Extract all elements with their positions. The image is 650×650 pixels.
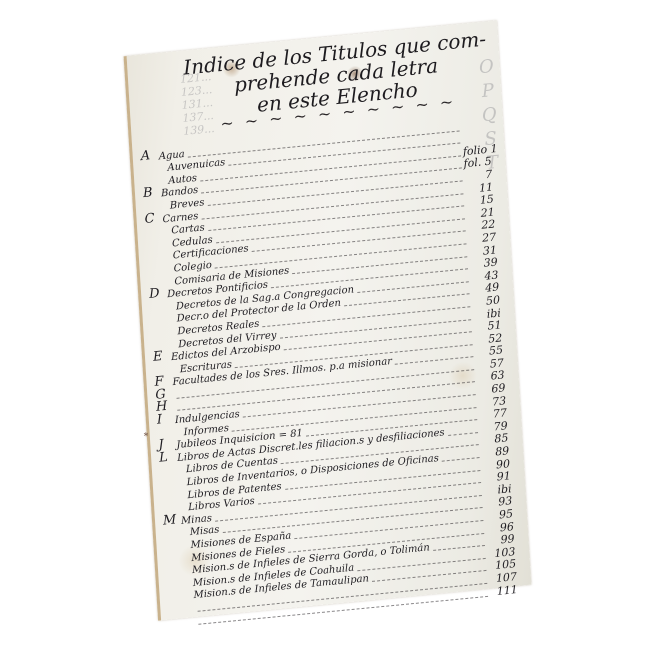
manuscript-page: 121... 123... 131... 137... 139... O P Q… [124,20,532,620]
entry-letter: A [140,147,157,164]
entry-letter: B [143,185,160,202]
entry-letter: I [156,411,173,428]
entry-letter: C [144,210,161,227]
margin-asterisk: * [144,431,149,441]
entry-page-number: 111 [489,583,518,599]
entry-letter [170,628,186,630]
entry-letter: E [153,348,170,365]
entry-letter: L [159,449,176,466]
entry-label [186,627,196,628]
entry-letter: M [163,512,180,529]
entry-letter: D [149,286,166,303]
index-entries: AAguaAuvenuicasAutosfolio 1BBandosfol. 5… [140,118,518,630]
page-title: Indice de los Titulos que com- prehende … [175,27,498,134]
